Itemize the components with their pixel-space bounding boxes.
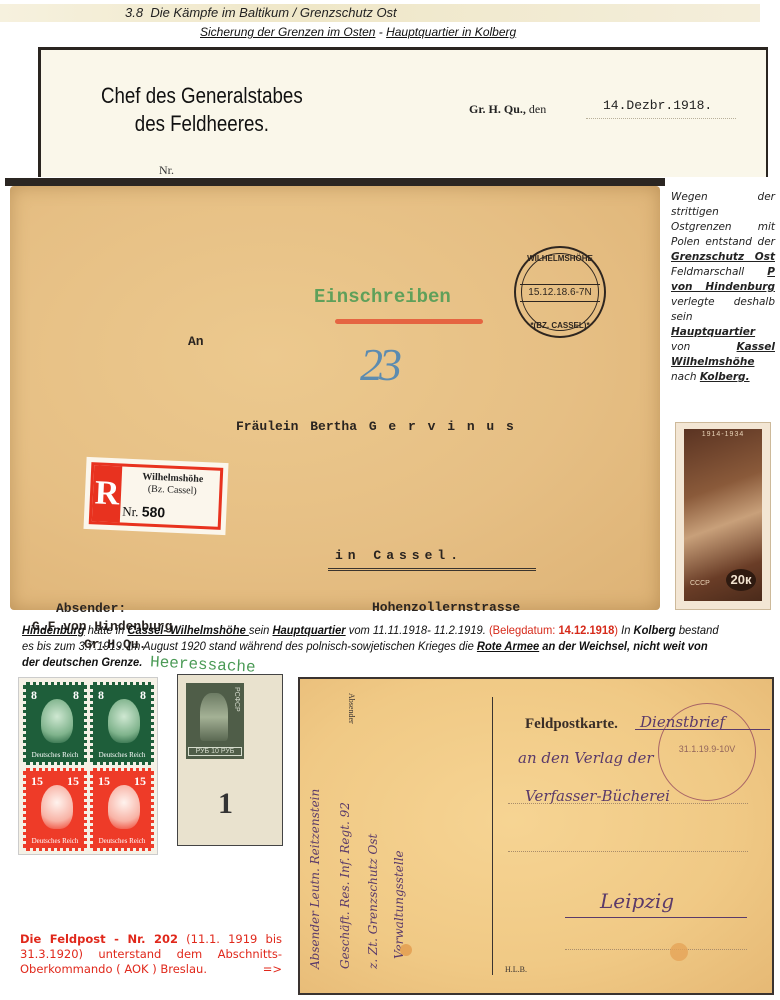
sender-handwriting: Verwaltungsstelle bbox=[392, 759, 406, 959]
card-title: Feldpostkarte. bbox=[525, 716, 618, 733]
soldier-figure bbox=[200, 693, 228, 741]
hindenburg-portrait bbox=[41, 699, 73, 743]
hindenburg-stamp-8: 88 Deutsches Reich bbox=[90, 682, 154, 765]
stamp-value: РУБ 10 РУБ bbox=[188, 747, 242, 756]
para-link: Hauptquartier bbox=[272, 623, 345, 637]
postmark-date: 15.12.18.6-7N bbox=[520, 284, 600, 302]
recipient-city: in Cassel. bbox=[335, 548, 463, 563]
note-link: Grenzschutz Ost bbox=[671, 251, 775, 263]
subtitle-right: Hauptquartier in Kolberg bbox=[386, 25, 516, 39]
registration-r: R bbox=[92, 465, 122, 522]
registration-label: R Wilhelmshöhe (Bz. Cassel) Nr. 580 bbox=[83, 457, 228, 535]
sender-handwriting: z. Zt. Grenzschutz Ost bbox=[366, 719, 380, 969]
letterhead-place: Gr. H. Qu., den bbox=[469, 102, 546, 117]
belegdatum-date: 14.12.1918 bbox=[558, 623, 614, 637]
stamp-value: 8 bbox=[73, 688, 79, 703]
para-link: Hindenburg bbox=[22, 623, 85, 637]
stain bbox=[400, 944, 412, 956]
stamp-text: Deutsches Reich bbox=[93, 751, 151, 759]
postmark-bottom: *(BZ. CASSEL)* bbox=[516, 321, 604, 330]
separator bbox=[5, 178, 665, 186]
sender-handwriting: Geschäft. Res. Inf. Regt. 92 bbox=[338, 709, 352, 969]
address-handwriting: an den Verlag der bbox=[518, 749, 654, 767]
sender-label: Absender: bbox=[32, 600, 172, 618]
recipient-street: Hohenzollernstrasse bbox=[372, 600, 520, 615]
hindenburg-stamp-8: 88 Deutsches Reich bbox=[23, 682, 87, 765]
printer-mark: H.L.B. bbox=[505, 965, 527, 974]
section-title: 3.8 Die Kämpfe im Baltikum / Grenzschutz… bbox=[125, 5, 397, 20]
para-text: In bbox=[618, 623, 634, 637]
stamp-value: 15 bbox=[67, 774, 79, 789]
registration-number: Nr. 580 bbox=[122, 503, 166, 522]
postmark-wilhelmshoehe: WILHELMSHÖHE 15.12.18.6-7N *(BZ. CASSEL)… bbox=[514, 246, 606, 338]
stamp-value: 8 bbox=[98, 688, 104, 703]
section-number: 3.8 bbox=[125, 5, 143, 20]
stamp-value: 15 bbox=[31, 774, 43, 789]
hindenburg-portrait bbox=[41, 785, 73, 829]
registration-nr-label: Nr. bbox=[122, 504, 139, 520]
rsfsr-stamp-image: РСФСР РУБ 10 РУБ bbox=[184, 681, 246, 761]
strike-line bbox=[635, 729, 770, 730]
note-text: von bbox=[671, 341, 737, 353]
feldpost-note: Die Feldpost - Nr. 202 (11.1. 1919 bis 3… bbox=[20, 932, 282, 977]
soldier-illustration: 1914-1934 СССР 20к bbox=[684, 429, 762, 601]
address-an: An bbox=[188, 334, 204, 349]
description-paragraph: Hindenburg hatte in Cassel- Wilhelmshöhe… bbox=[22, 622, 724, 670]
dotted-line bbox=[508, 851, 748, 852]
stamp-country: СССР bbox=[690, 580, 710, 587]
blue-pencil-number: 23 bbox=[360, 338, 398, 391]
section-title-text: Die Kämpfe im Baltikum / Grenzschutz Ost bbox=[150, 5, 396, 20]
place-text: Gr. H. Qu., bbox=[469, 102, 526, 116]
rsfsr-10rub-stamp: РСФСР РУБ 10 РУБ 1 bbox=[177, 674, 283, 846]
feldpostkarte: Absender Absender Leutn. Reitzenstein Ge… bbox=[298, 677, 774, 995]
registration-nr-value: 580 bbox=[141, 503, 165, 520]
registered-envelope: Einschreiben 23 An Fräulein Bertha G e r… bbox=[10, 186, 660, 610]
note-text: nach bbox=[671, 371, 700, 383]
stamp-value: 8 bbox=[31, 688, 37, 703]
letterhead-line-2: des Feldheeres. bbox=[101, 110, 303, 138]
postmark-date: 31.1.19.9-10V bbox=[667, 744, 747, 754]
note-link: Hauptquartier bbox=[671, 326, 755, 338]
letterhead-sender: Chef des Generalstabes des Feldheeres. bbox=[101, 82, 303, 138]
hindenburg-portrait bbox=[108, 785, 140, 829]
letterhead-date: 14.Dezbr.1918. bbox=[603, 98, 712, 113]
para-link: Cassel- Wilhelmshöhe bbox=[127, 623, 248, 637]
arrow-icon: => bbox=[263, 962, 282, 977]
stamp-text: Deutsches Reich bbox=[26, 751, 84, 759]
registration-office: Wilhelmshöhe (Bz. Cassel) bbox=[127, 471, 218, 499]
note-text: verlegte deshalb sein bbox=[671, 296, 775, 323]
para-text: vom 11.11.1918- 11.2.1919. bbox=[346, 623, 489, 637]
subtitle-separator: - bbox=[375, 25, 386, 39]
red-crayon-underline bbox=[335, 319, 483, 324]
date-line bbox=[586, 118, 736, 119]
plate-number: 1 bbox=[218, 787, 233, 821]
stamp-text: Deutsches Reich bbox=[26, 837, 84, 845]
city-line bbox=[565, 917, 747, 918]
stamp-country: РСФСР bbox=[233, 687, 240, 712]
note-link: Kolberg. bbox=[700, 371, 750, 383]
den-text: den bbox=[529, 102, 546, 116]
stain bbox=[670, 943, 688, 961]
para-bold: Kolberg bbox=[634, 623, 676, 637]
subtitle-left: Sicherung der Grenzen im Osten bbox=[200, 25, 375, 39]
para-text: hatte in bbox=[85, 623, 128, 637]
hindenburg-stamp-block: 88 Deutsches Reich 88 Deutsches Reich 15… bbox=[18, 677, 158, 855]
stamp-value: 20к bbox=[726, 569, 756, 591]
note-text: Wegen der strittigen Ostgrenzen mit Pole… bbox=[671, 191, 775, 248]
belegdatum-label: (Belegdatum: bbox=[489, 623, 558, 637]
side-note: Wegen der strittigen Ostgrenzen mit Pole… bbox=[671, 190, 775, 385]
city-underline bbox=[328, 568, 536, 571]
sender-handwriting: Absender Leutn. Reitzenstein bbox=[308, 709, 322, 969]
letterhead-document: Chef des Generalstabes des Feldheeres. G… bbox=[38, 47, 768, 177]
card-divider bbox=[492, 697, 493, 975]
feldpost-number: Die Feldpost - Nr. 202 bbox=[20, 932, 178, 946]
ussr-20k-stamp: 1914-1934 СССР 20к bbox=[675, 422, 771, 610]
postmark-top: WILHELMSHÖHE bbox=[516, 254, 604, 263]
stamp-value: 8 bbox=[140, 688, 146, 703]
stamp-text: Deutsches Reich bbox=[93, 837, 151, 845]
dotted-line bbox=[565, 949, 747, 950]
dotted-line bbox=[508, 803, 748, 804]
registration-district: (Bz. Cassel) bbox=[127, 483, 217, 499]
recipient-name: Fräulein Bertha G e r v i n u s bbox=[236, 419, 514, 434]
para-link: Rote Armee bbox=[477, 639, 539, 653]
hindenburg-stamp-15: 1515 Deutsches Reich bbox=[23, 768, 87, 851]
stamp-years: 1914-1934 bbox=[684, 431, 762, 438]
para-text: sein bbox=[249, 623, 273, 637]
letterhead-line-1: Chef des Generalstabes bbox=[101, 82, 303, 110]
section-subtitle: Sicherung der Grenzen im Osten - Hauptqu… bbox=[200, 25, 516, 39]
stamp-value: 15 bbox=[134, 774, 146, 789]
stamp-value: 15 bbox=[98, 774, 110, 789]
einschreiben-stamp: Einschreiben bbox=[314, 286, 451, 308]
hindenburg-portrait bbox=[108, 699, 140, 743]
hindenburg-stamp-15: 1515 Deutsches Reich bbox=[90, 768, 154, 851]
letterhead-nr: Nr. bbox=[159, 163, 174, 178]
address-city: Leipzig bbox=[600, 889, 674, 913]
note-text: Feldmarschall bbox=[671, 266, 767, 278]
